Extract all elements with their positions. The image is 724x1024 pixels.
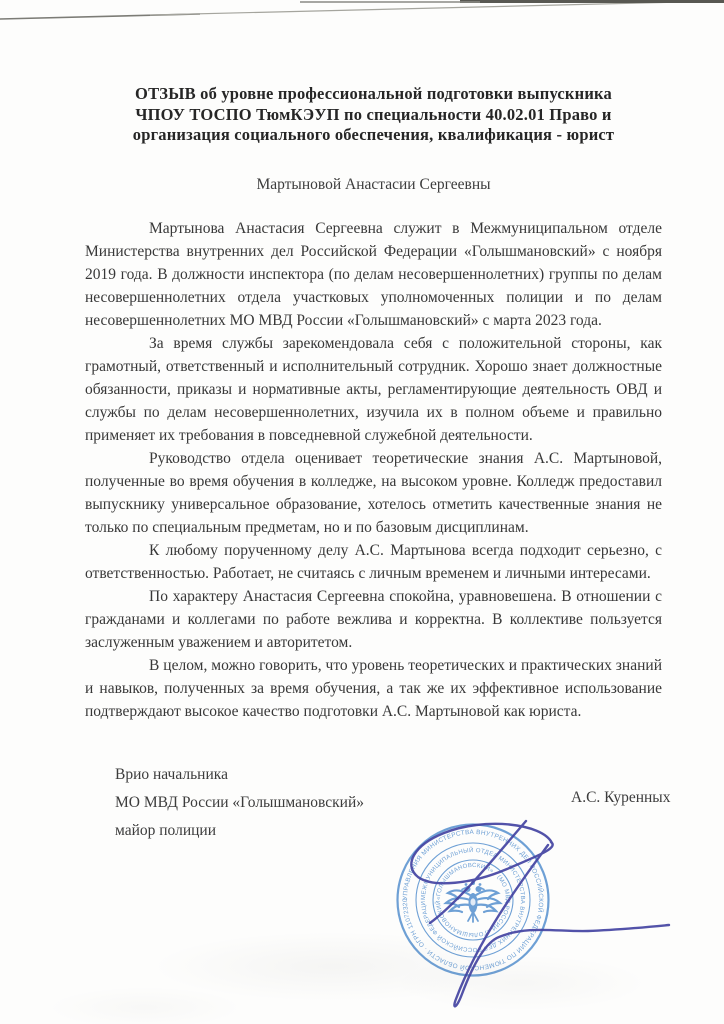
title-line-1: ОТЗЫВ об уровне профессиональной подгото…: [85, 84, 662, 105]
signatory-name: А.С. Куренных: [571, 789, 670, 807]
official-round-stamp: УПРАВЛЕНИЯ МИНИСТЕРСТВА ВНУТРЕННИХ ДЕЛ Р…: [394, 821, 552, 979]
position-line-1: Врио начальника: [115, 761, 662, 789]
paragraph: К любому порученному делу А.С. Мартынова…: [85, 539, 662, 585]
paragraph: Руководство отдела оценивает теоретическ…: [85, 447, 662, 539]
paragraph: За время службы зарекомендовала себя с п…: [85, 332, 662, 447]
position-line-3: майор полиции: [115, 817, 662, 845]
title-line-3: организация социального обеспечения, ква…: [85, 125, 662, 146]
document-title: ОТЗЫВ об уровне профессиональной подгото…: [85, 84, 662, 146]
paragraph: По характеру Анастасия Сергеевна спокойн…: [85, 585, 662, 654]
scanned-document-page: ОТЗЫВ об уровне профессиональной подгото…: [0, 0, 724, 1024]
document-content: ОТЗЫВ об уровне профессиональной подгото…: [85, 0, 662, 845]
handwritten-signature: [376, 813, 686, 1024]
paragraph: Мартынова Анастасия Сергеевна служит в М…: [85, 217, 662, 332]
title-line-2: ЧПОУ ТОСПО ТюмКЭУП по специальности 40.0…: [85, 105, 662, 126]
paragraph: В целом, можно говорить, что уровень тео…: [85, 654, 662, 723]
double-headed-eagle-icon: [446, 881, 500, 922]
signature-block: Врио начальника МО МВД России «Голышмано…: [85, 761, 662, 845]
document-body: Мартынова Анастасия Сергеевна служит в М…: [85, 217, 662, 723]
addressee-name: Мартыновой Анастасии Сергеевны: [85, 175, 662, 194]
